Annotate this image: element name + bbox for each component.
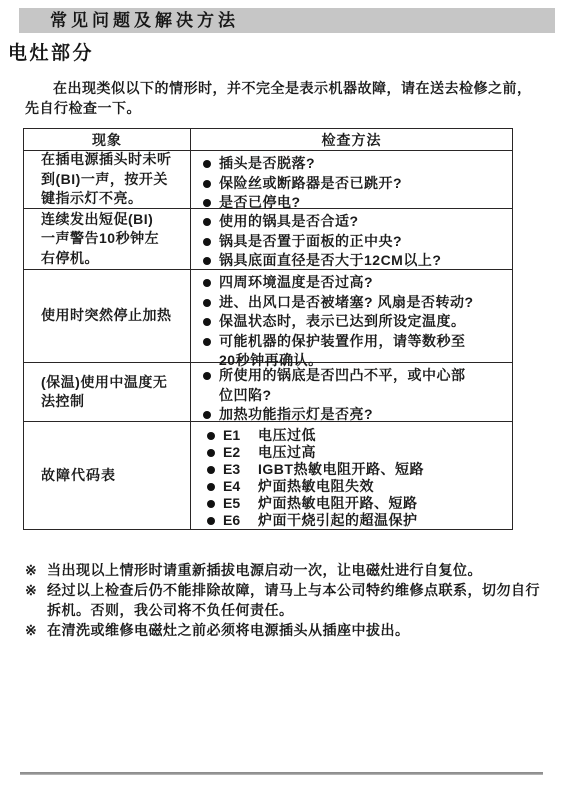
check-text: 使用的锅具是否合适? — [219, 212, 359, 232]
table-header-phenomenon: 现象 — [24, 129, 191, 150]
table-row: 在插电源插头时未听 到(BI)一声，按开关 键指示灯不亮。 插头是否脱落? 保险… — [24, 150, 512, 208]
check-item: 使用的锅具是否合适? — [203, 212, 508, 232]
phenomenon-text: (保温)使用中温度无 法控制 — [41, 373, 167, 412]
note-text: 经过以上检查后仍不能排除故障，请马上与本公司特约维修点联系，切勿自行 拆机。否则… — [47, 580, 540, 620]
bullet-icon — [207, 449, 215, 457]
bullet-icon — [203, 180, 211, 188]
fault-code-desc: IGBT热敏电阻开路、短路 — [258, 461, 424, 478]
check-item: 锅具底面直径是否大于12CM以上? — [203, 251, 508, 271]
bullet-icon — [203, 160, 211, 168]
phenomenon-cell: 在插电源插头时未听 到(BI)一声，按开关 键指示灯不亮。 — [24, 151, 191, 208]
fault-codes-cell: E1 电压过低 E2 电压过高 E3 IGBT热敏电阻开路、短路 E4 炉面热敏… — [191, 422, 512, 529]
fault-code-desc: 炉面热敏电阻开路、短路 — [258, 495, 418, 512]
bullet-icon — [203, 257, 211, 265]
bullet-icon — [203, 238, 211, 246]
fault-code: E3 — [223, 461, 258, 478]
intro-paragraph: 在出现类似以下的情形时，并不完全是表示机器故障，请在送去检修之前， 先自行检查一… — [25, 78, 540, 118]
phenomenon-cell: 连续发出短促(BI) 一声警告10秒钟左 右停机。 — [24, 209, 191, 269]
bullet-icon — [207, 466, 215, 474]
check-item: 四周环境温度是否过高? — [203, 273, 508, 293]
bullet-icon — [203, 218, 211, 226]
bullet-icon — [203, 199, 211, 207]
fault-code-desc: 电压过高 — [258, 444, 316, 461]
fault-code-item: E5 炉面热敏电阻开路、短路 — [207, 495, 508, 512]
bottom-rule — [20, 772, 543, 775]
check-text: 锅具底面直径是否大于12CM以上? — [219, 251, 441, 271]
table-row: (保温)使用中温度无 法控制 所使用的锅底是否凹凸不平，或中心部 位凹陷? 加热… — [24, 362, 512, 421]
fault-code-item: E6 炉面干烧引起的超温保护 — [207, 512, 508, 529]
note-item: ※ 经过以上检查后仍不能排除故障，请马上与本公司特约维修点联系，切勿自行 拆机。… — [25, 580, 547, 620]
check-text: 四周环境温度是否过高? — [219, 273, 373, 293]
phenomenon-cell: 故障代码表 — [24, 422, 191, 529]
notes-list: ※ 当出现以上情形时请重新插拔电源启动一次，让电磁灶进行自复位。 ※ 经过以上检… — [25, 560, 547, 640]
checks-cell: 使用的锅具是否合适? 锅具是否置于面板的正中央? 锅具底面直径是否大于12CM以… — [191, 209, 512, 269]
manual-page: 常见问题及解决方法 电灶部分 在出现类似以下的情形时，并不完全是表示机器故障，请… — [0, 0, 569, 785]
note-item: ※ 在清洗或维修电磁灶之前必须将电源插头从插座中拔出。 — [25, 620, 547, 640]
bullet-icon — [203, 372, 211, 380]
check-item: 进、出风口是否被堵塞? 风扇是否转动? — [203, 293, 508, 313]
check-item: 保温状态时，表示已达到所设定温度。 — [203, 312, 508, 332]
fault-code-item: E3 IGBT热敏电阻开路、短路 — [207, 461, 508, 478]
check-item: 所使用的锅底是否凹凸不平，或中心部 位凹陷? — [203, 366, 508, 405]
bullet-icon — [203, 411, 211, 419]
bullet-icon — [207, 483, 215, 491]
check-text: 保温状态时，表示已达到所设定温度。 — [219, 312, 466, 332]
fault-code: E6 — [223, 512, 258, 529]
phenomenon-text: 使用时突然停止加热 — [41, 306, 172, 326]
bullet-icon — [203, 279, 211, 287]
bullet-icon — [203, 338, 211, 346]
fault-code: E2 — [223, 444, 258, 461]
fault-code-item: E1 电压过低 — [207, 427, 508, 444]
check-text: 进、出风口是否被堵塞? 风扇是否转动? — [219, 293, 474, 313]
note-text: 在清洗或维修电磁灶之前必须将电源插头从插座中拔出。 — [47, 620, 410, 640]
bullet-icon — [203, 299, 211, 307]
section-title: 电灶部分 — [8, 38, 94, 65]
fault-code-desc: 电压过低 — [258, 427, 316, 444]
check-text: 保险丝或断路器是否已跳开? — [219, 174, 402, 194]
table-header-method: 检查方法 — [191, 129, 512, 150]
bullet-icon — [207, 432, 215, 440]
check-text: 锅具是否置于面板的正中央? — [219, 232, 402, 252]
note-marker: ※ — [25, 620, 47, 640]
note-text: 当出现以上情形时请重新插拔电源启动一次，让电磁灶进行自复位。 — [47, 560, 482, 580]
fault-code: E1 — [223, 427, 258, 444]
fault-code: E4 — [223, 478, 258, 495]
troubleshooting-table: 现象 检查方法 在插电源插头时未听 到(BI)一声，按开关 键指示灯不亮。 插头… — [23, 128, 513, 530]
note-marker: ※ — [25, 560, 47, 580]
page-header-bar: 常见问题及解决方法 — [19, 8, 555, 33]
check-text: 所使用的锅底是否凹凸不平，或中心部 位凹陷? — [219, 366, 466, 405]
check-item: 插头是否脱落? — [203, 154, 508, 174]
checks-cell: 四周环境温度是否过高? 进、出风口是否被堵塞? 风扇是否转动? 保温状态时，表示… — [191, 270, 512, 362]
table-row: 使用时突然停止加热 四周环境温度是否过高? 进、出风口是否被堵塞? 风扇是否转动… — [24, 269, 512, 362]
fault-code-item: E4 炉面热敏电阻失效 — [207, 478, 508, 495]
note-marker: ※ — [25, 580, 47, 620]
page-title: 常见问题及解决方法 — [19, 8, 555, 33]
bullet-icon — [207, 500, 215, 508]
phenomenon-cell: (保温)使用中温度无 法控制 — [24, 363, 191, 421]
fault-code-item: E2 电压过高 — [207, 444, 508, 461]
fault-table-title: 故障代码表 — [41, 466, 116, 486]
note-item: ※ 当出现以上情形时请重新插拔电源启动一次，让电磁灶进行自复位。 — [25, 560, 547, 580]
fault-code-desc: 炉面热敏电阻失效 — [258, 478, 374, 495]
phenomenon-text: 连续发出短促(BI) 一声警告10秒钟左 右停机。 — [41, 210, 159, 269]
fault-code-row: 故障代码表 E1 电压过低 E2 电压过高 E3 IGBT热敏电阻开路、短路 — [24, 421, 512, 529]
check-text: 插头是否脱落? — [219, 154, 315, 174]
check-item: 保险丝或断路器是否已跳开? — [203, 174, 508, 194]
table-row: 连续发出短促(BI) 一声警告10秒钟左 右停机。 使用的锅具是否合适? 锅具是… — [24, 208, 512, 269]
bullet-icon — [203, 318, 211, 326]
fault-code: E5 — [223, 495, 258, 512]
phenomenon-text: 在插电源插头时未听 到(BI)一声，按开关 键指示灯不亮。 — [41, 150, 172, 209]
checks-cell: 所使用的锅底是否凹凸不平，或中心部 位凹陷? 加热功能指示灯是否亮? — [191, 363, 512, 421]
check-item: 锅具是否置于面板的正中央? — [203, 232, 508, 252]
phenomenon-cell: 使用时突然停止加热 — [24, 270, 191, 362]
fault-code-desc: 炉面干烧引起的超温保护 — [258, 512, 418, 529]
table-header-row: 现象 检查方法 — [24, 129, 512, 150]
bullet-icon — [207, 517, 215, 525]
checks-cell: 插头是否脱落? 保险丝或断路器是否已跳开? 是否已停电? — [191, 151, 512, 208]
